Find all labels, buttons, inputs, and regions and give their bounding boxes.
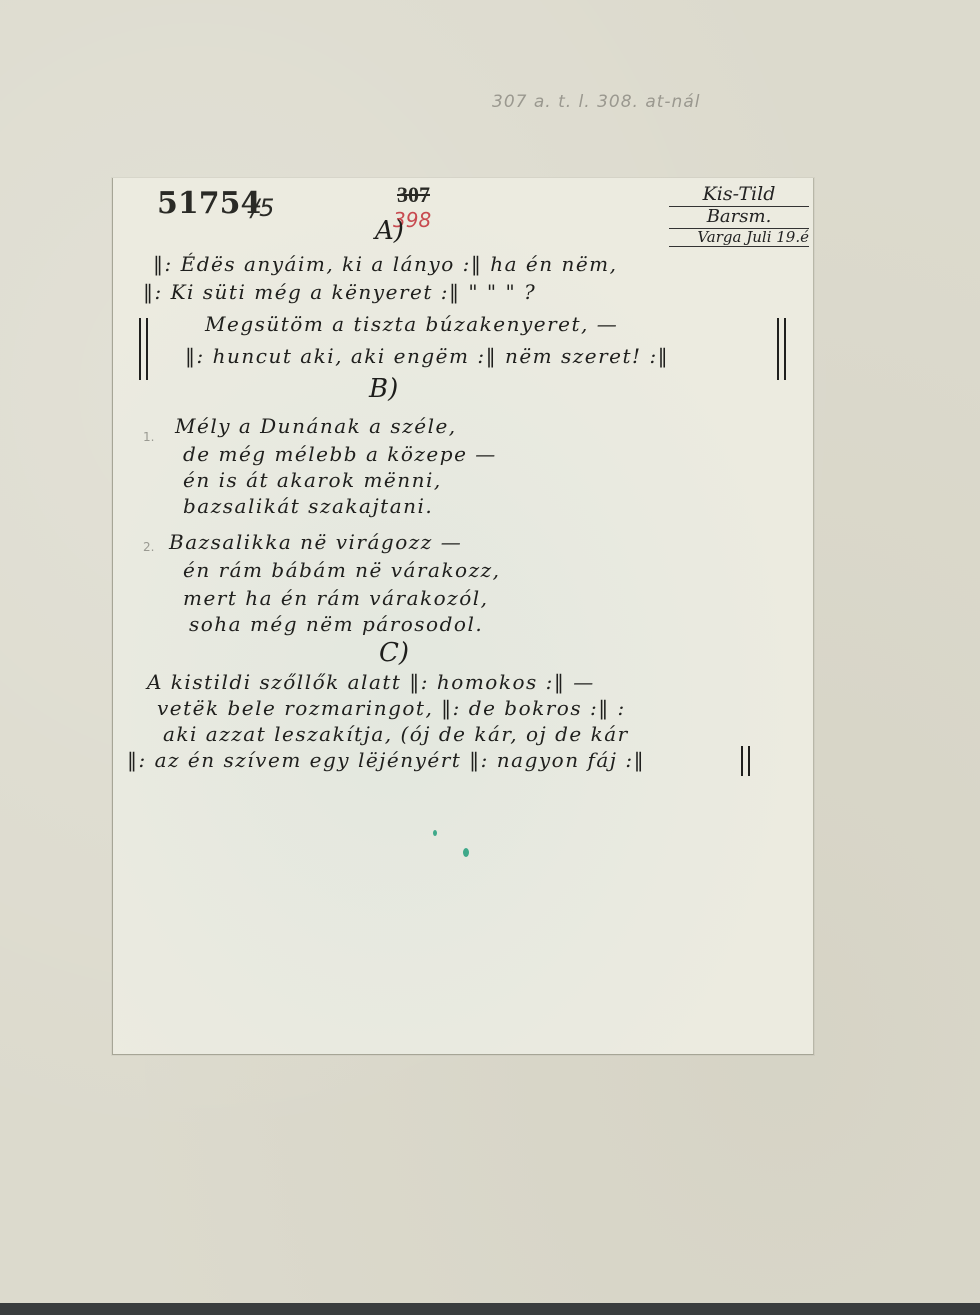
ink-stain — [433, 830, 437, 836]
origin-county: Barsm. — [669, 207, 809, 229]
verse-line: Megsütöm a tiszta búzakenyeret, — — [205, 312, 618, 336]
origin-collector-date: Varga Juli 19.é — [669, 229, 809, 247]
section-b-heading: B) — [369, 374, 398, 404]
verse-line: de még mélebb a közepe — — [183, 442, 497, 466]
scan-edge-strip — [0, 1303, 980, 1315]
verse-line: én is át akarok mënni, — [183, 468, 442, 492]
verse-line: bazsalikát szakajtani. — [183, 494, 433, 518]
origin-place: Kis-Tild — [669, 184, 809, 207]
pencil-reference-note: 307 a. t. l. 308. at-nál — [492, 92, 700, 112]
verse-line: ‖: az én szívem egy lëjényért ‖: nagyon … — [127, 748, 645, 772]
mount-board: 307 a. t. l. 308. at-nál 51754 /5 307 39… — [0, 0, 980, 1303]
old-number-struck: 307 — [397, 182, 430, 208]
verse-line: A kistildi szőllők alatt ‖: homokos :‖ — — [147, 670, 595, 694]
verse-line: ‖: Ki süti még a kënyeret :‖ " " " ? — [143, 280, 536, 304]
origin-block: Kis-Tild Barsm. Varga Juli 19.é — [669, 184, 809, 247]
catalog-number: 51754 — [157, 186, 261, 221]
verse-line: Bazsalikka në virágozz — — [169, 530, 462, 554]
repeat-bar-right — [777, 318, 786, 380]
verse-line: soha még nëm párosodol. — [189, 612, 483, 636]
section-c-heading: C) — [379, 638, 409, 668]
verse-line: Mély a Dunának a széle, — [175, 414, 457, 438]
verse-line: vetëk bele rozmaringot, ‖: de bokros :‖ … — [157, 696, 626, 720]
ink-stain — [463, 848, 469, 857]
stanza-number: 2. — [143, 540, 154, 554]
repeat-bar-left — [139, 318, 148, 380]
stanza-number: 1. — [143, 430, 154, 444]
verse-line: én rám bábám në várakozz, — [183, 558, 501, 582]
verse-line: aki azzat leszakítja, (ój de kár, oj de … — [163, 722, 629, 746]
verse-line: mert ha én rám várakozól, — [183, 586, 489, 610]
section-a-heading: A) — [375, 216, 404, 246]
catalog-suffix: /5 — [251, 194, 274, 222]
repeat-bar-right — [741, 746, 750, 776]
manuscript-card: 51754 /5 307 398 Kis-Tild Barsm. Varga J… — [112, 178, 814, 1055]
verse-line: ‖: huncut aki, aki engëm :‖ nëm szeret! … — [185, 344, 669, 368]
verse-line: ‖: Édës anyáim, ki a lányo :‖ ha én nëm, — [153, 252, 617, 276]
